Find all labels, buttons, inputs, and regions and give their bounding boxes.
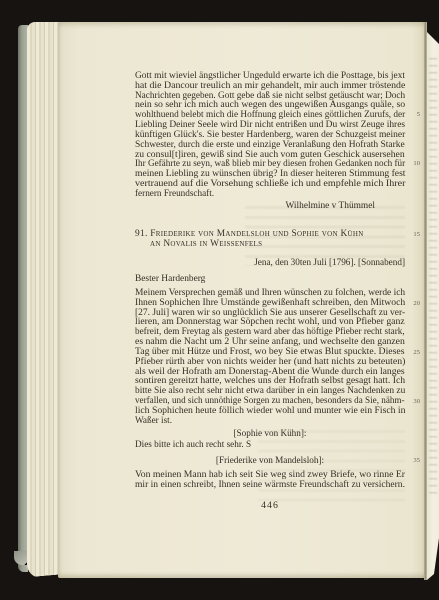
letter-continuation-paragraph-12: vertrauend auf die Vorsehung schließe ic…	[135, 179, 405, 189]
dateline: Jena, den 30ten Juli [1796]. [Sonnabend]	[135, 257, 405, 267]
friederike-postscript-paragraph-2: mir in einen schreibt, Ihnen seine wärms…	[135, 480, 405, 490]
letter-continuation-paragraph-13: fernern Freundschaft.	[135, 189, 405, 199]
attribution-friederike: [Friederike von Mandelsloh]:	[135, 455, 405, 465]
letter-body-paragraph: Meinem Versprechen gemäß und Ihren wünsc…	[135, 288, 405, 426]
letter-signature: Wilhelmine v Thümmel	[135, 201, 405, 211]
scanned-book-page: Gott mit wieviel ängstlicher Ungeduld er…	[0, 0, 439, 600]
stacked-page-edges	[27, 22, 61, 578]
heading-names: Friederike von Mandelsloh und Sophie von…	[150, 229, 363, 239]
attribution-sophie: [Sophie von Kühn]:	[135, 428, 405, 438]
letter-number: 91.	[135, 229, 148, 239]
letter-body-paragraph-14: Waßer ist.	[135, 416, 405, 426]
sophie-postscript: Dies bitte ich auch recht sehr. S	[135, 439, 405, 449]
page-number: 446	[135, 500, 405, 511]
letter-heading: 91. Friederike von Mandelsloh und Sophie…	[135, 229, 405, 250]
friederike-postscript-paragraph: Von meinen Mann hab ich seit Sie weg sin…	[135, 470, 405, 490]
letter-body-paragraph-13: lich Sophichen heute föllich wieder wohl…	[135, 406, 405, 416]
page-gutter-shadow	[424, 22, 427, 580]
letter-continuation-paragraph: Gott mit wieviel ängstlicher Ungeduld er…	[135, 71, 405, 199]
heading-line-2: an Novalis in Weissenfels	[135, 239, 405, 249]
facing-page-sliver	[427, 28, 439, 588]
salutation: Bester Hardenberg	[135, 274, 405, 284]
heading-line-1: 91. Friederike von Mandelsloh und Sophie…	[135, 229, 405, 239]
